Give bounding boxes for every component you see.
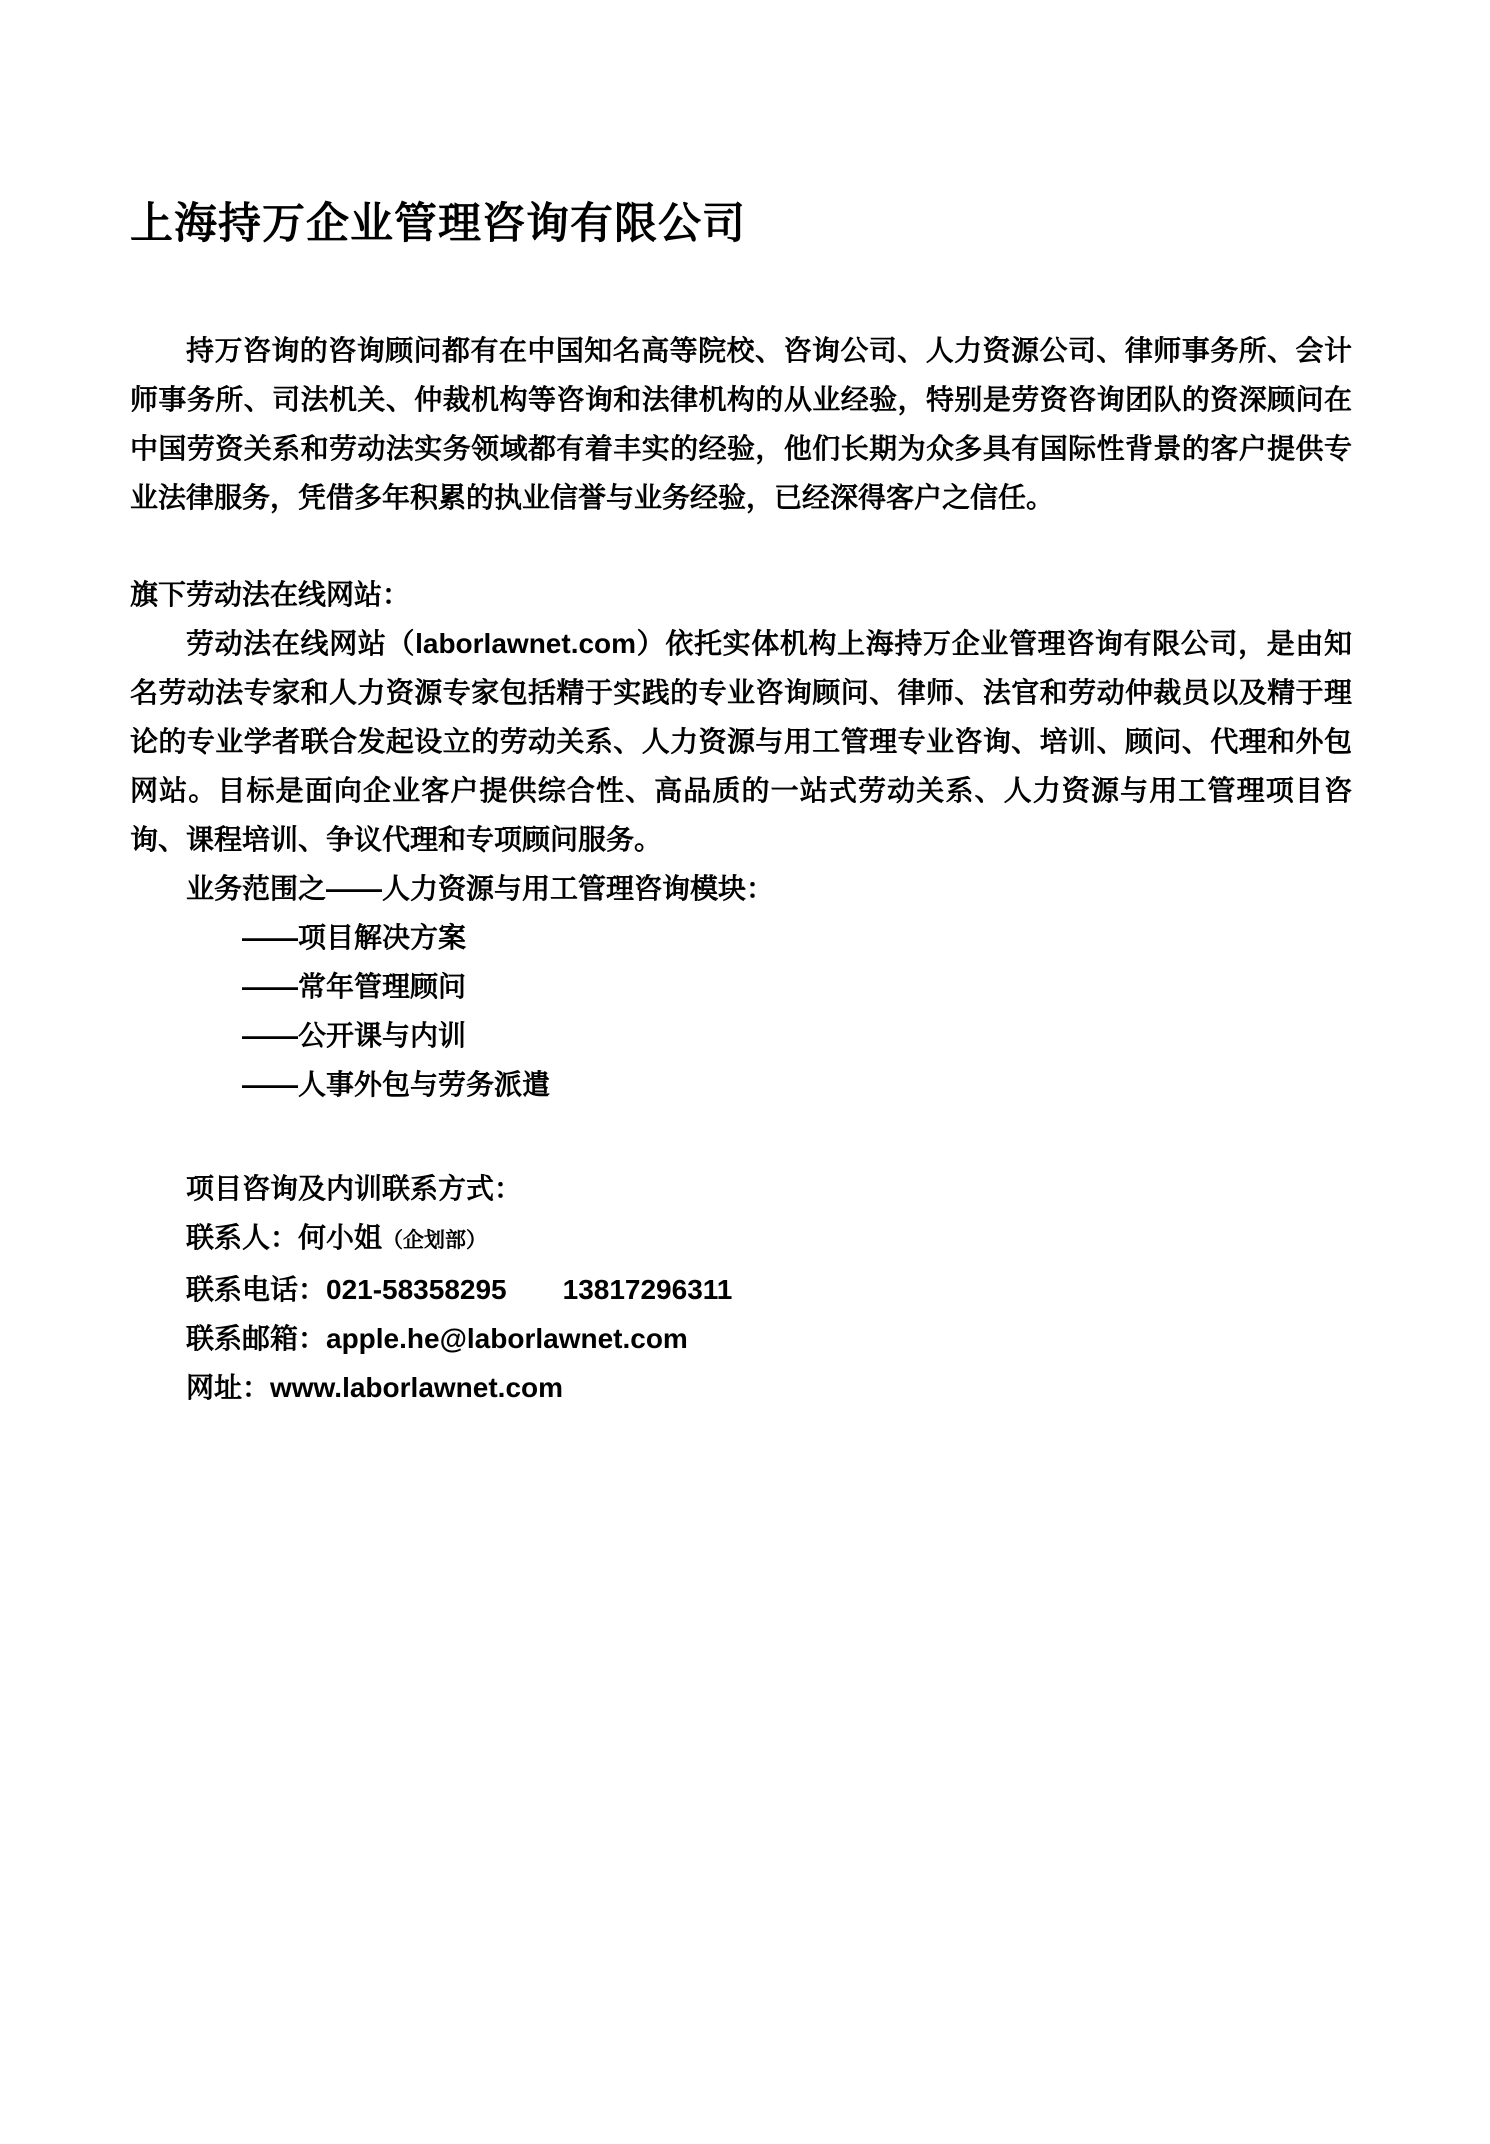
contact-person-department-note: （企划部） [382,1229,487,1252]
contact-website-line: 网址：www.laborlawnet.com [130,1363,1352,1412]
scope-item-annual-advisory: ——常年管理顾问 [242,962,1352,1011]
website-section-heading: 旗下劳动法在线网站： [130,570,1352,619]
contact-section-heading: 项目咨询及内训联系方式： [130,1164,1352,1213]
document-page: 上海持万企业管理咨询有限公司 持万咨询的咨询顾问都有在中国知名高等院校、咨询公司… [0,0,1490,2144]
contact-email-line: 联系邮箱：apple.he@laborlawnet.com [130,1314,1352,1363]
scope-item-open-courses: ——公开课与内训 [242,1011,1352,1060]
scope-list: ——项目解决方案 ——常年管理顾问 ——公开课与内训 ——人事外包与劳务派遣 [130,913,1352,1109]
contact-person-label: 联系人：何小姐 [186,1222,382,1253]
website-paragraph: 劳动法在线网站（laborlawnet.com）依托实体机构上海持万企业管理咨询… [130,619,1352,864]
scope-heading: 业务范围之——人力资源与用工管理咨询模块： [130,864,1352,913]
contact-phone-line: 联系电话：021-58358295 13817296311 [130,1265,1352,1314]
intro-paragraph: 持万咨询的咨询顾问都有在中国知名高等院校、咨询公司、人力资源公司、律师事务所、会… [130,326,1352,522]
page-title: 上海持万企业管理咨询有限公司 [130,196,1352,252]
contact-person-line: 联系人：何小姐（企划部） [130,1213,1352,1265]
scope-item-hr-outsourcing: ——人事外包与劳务派遣 [242,1060,1352,1109]
scope-item-project-solutions: ——项目解决方案 [242,913,1352,962]
